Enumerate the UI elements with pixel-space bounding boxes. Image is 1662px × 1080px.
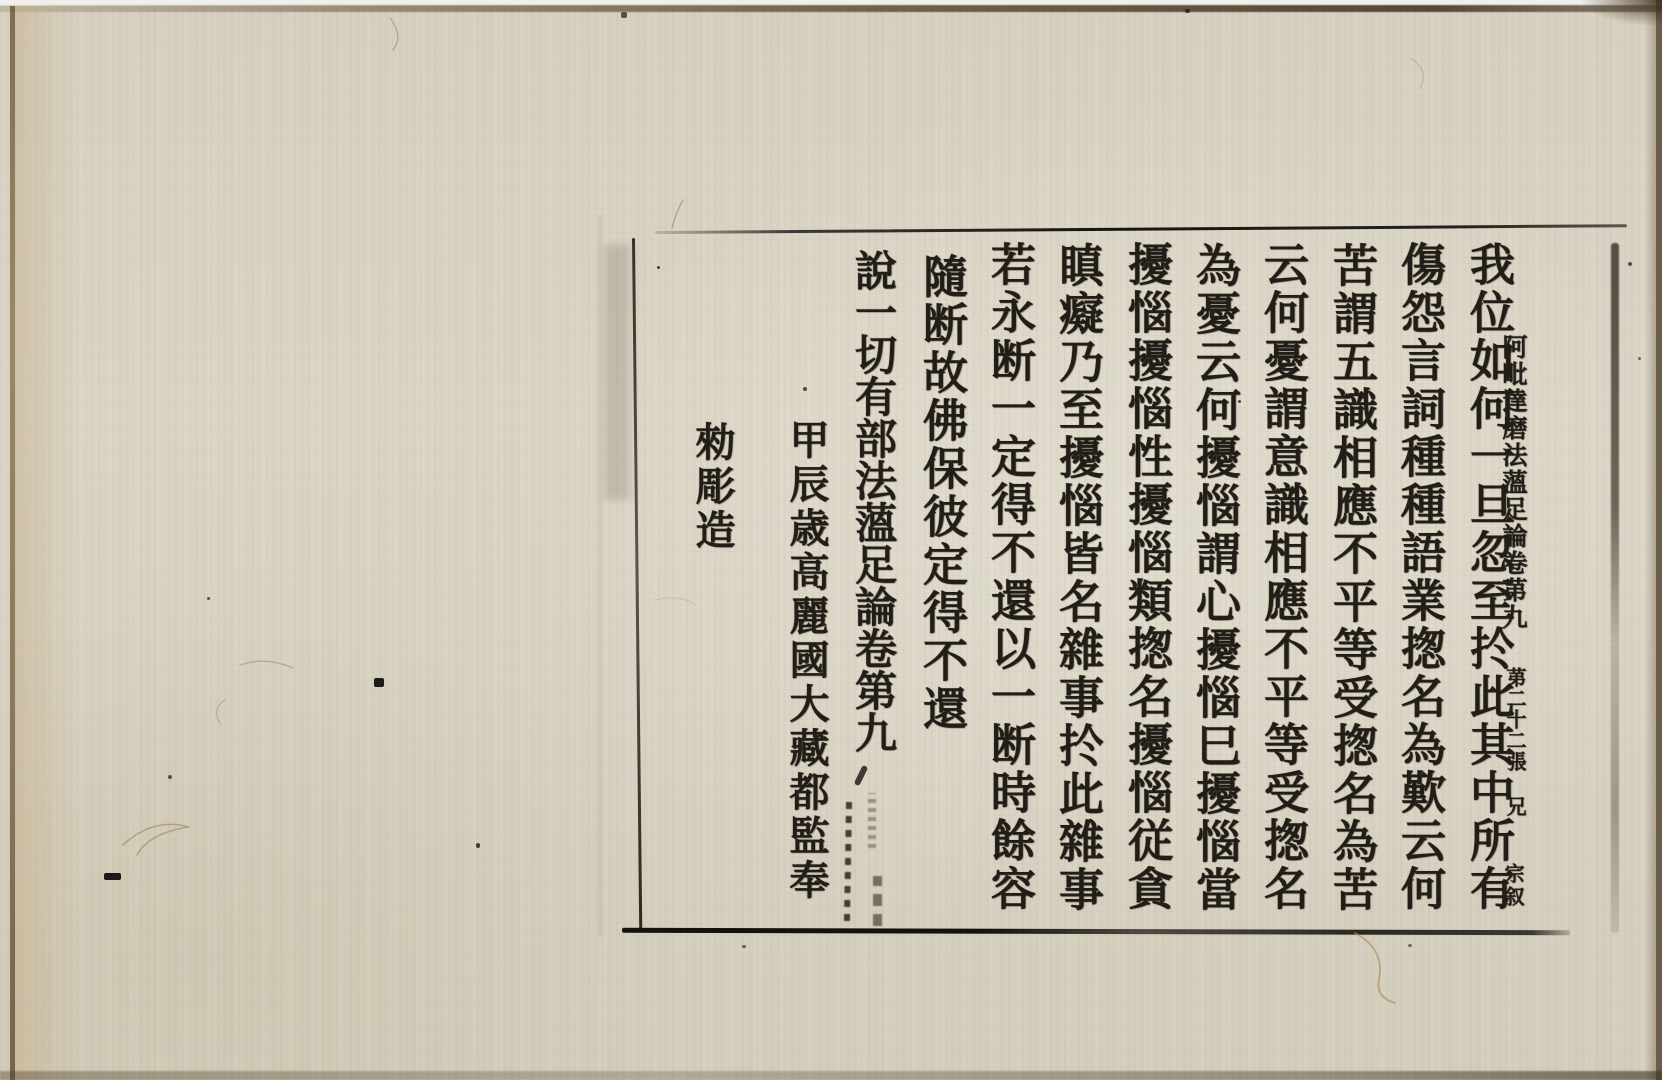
frame-left-border (632, 238, 642, 932)
page-top-edge (0, 5, 1662, 12)
text-column-4: 云何憂謂意識相應不平等受揔名 (1260, 241, 1305, 913)
ink-smudge-left-border (604, 245, 630, 500)
end-title-column: 說一切有部法薀足論卷第九 (852, 249, 894, 753)
colophon-column-2: 勑彫造 (692, 421, 732, 553)
scanned-page: 阿毗達磨法薀足論卷苐九 苐二十二張 兄 宗叙 我位如何一旦忽至扵此其中所有 傷怨… (0, 0, 1662, 1080)
dirt-speck (742, 945, 746, 948)
ink-tick-mark (854, 765, 869, 787)
dirt-speck (657, 266, 660, 269)
text-column-9: 隨断故佛保彼定得不還 (919, 253, 964, 733)
dirt-speck (621, 12, 627, 18)
dirt-speck (104, 873, 121, 880)
leaf-crease (599, 215, 601, 937)
dirt-speck (803, 387, 807, 391)
text-column-7: 瞋癡乃至擾惱皆名雜事扵此雜事 (1055, 242, 1100, 914)
page-right-shadow (1645, 0, 1656, 1080)
dirt-speck (1408, 944, 1412, 947)
ink-streak (844, 801, 852, 921)
ink-streak-short (873, 876, 882, 926)
binding-shading (15, 6, 75, 1080)
page-bottom-edge (0, 1071, 1662, 1080)
text-column-2: 傷怨言詞種種語業揔名為歎云何 (1397, 241, 1442, 913)
frame-right-border (1611, 243, 1619, 933)
frame-bottom-border (622, 928, 1570, 935)
dirt-speck (1185, 9, 1190, 13)
ink-streak-faint (868, 793, 876, 848)
dirt-speck (476, 843, 480, 848)
frame-top-border (655, 224, 1627, 234)
dirt-speck (374, 678, 384, 687)
dirt-speck (1238, 400, 1241, 403)
dirt-speck (168, 775, 172, 779)
text-column-1: 我位如何一旦忽至扵此其中所有 (1466, 241, 1511, 913)
dirt-speck (207, 597, 210, 600)
dirt-speck (1638, 357, 1641, 360)
colophon-column-1: 甲辰歳高麗國大藏都監奉 (786, 419, 826, 903)
text-column-6: 擾惱擾惱性擾惱類揔名擾惱従貪 (1124, 241, 1169, 913)
text-column-8: 若永断一定得不還以一断時餘容 (987, 241, 1032, 913)
page-right-edge (1656, 0, 1662, 1080)
text-column-5: 為憂云何擾惱謂心擾惱巳擾惱當 (1192, 242, 1237, 914)
text-column-3: 苦謂五識相應不平等受揔名為苦 (1329, 242, 1374, 914)
top-right-corner-wear (1582, 0, 1662, 26)
dirt-speck (1628, 262, 1632, 266)
